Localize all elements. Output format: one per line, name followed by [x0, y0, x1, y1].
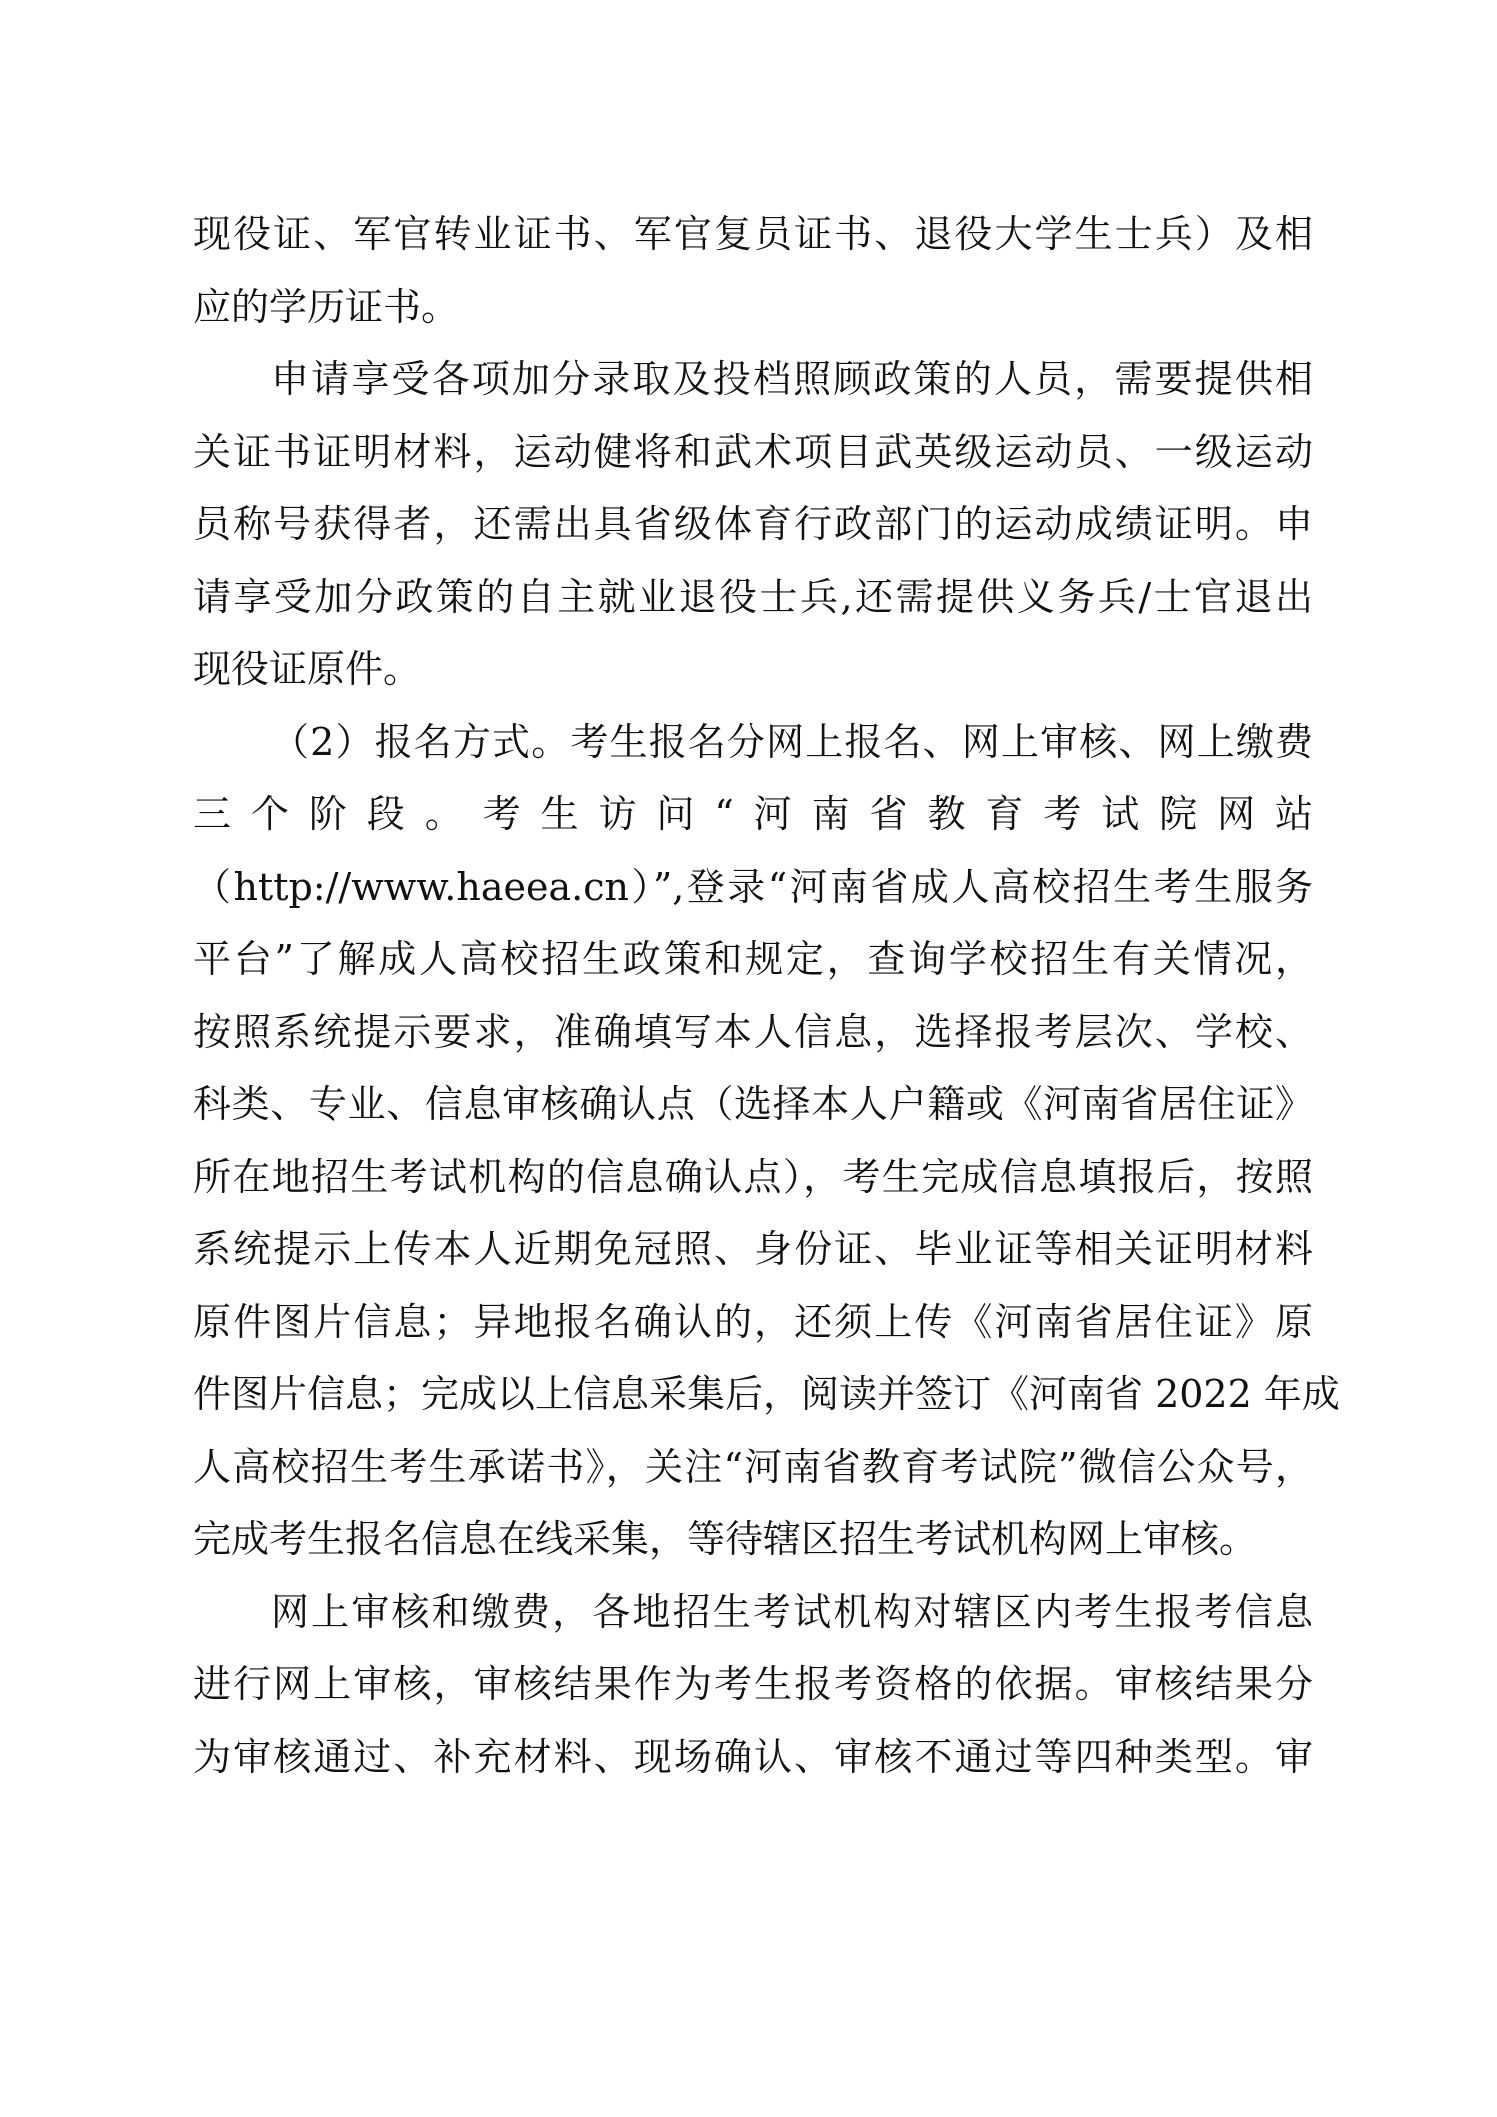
text-line: 应的学历证书。 — [193, 271, 1313, 344]
text-line: 现役证原件。 — [193, 633, 1313, 706]
text-line: 人高校招生考生承诺书》，关注“河南省教育考试院”微信公众号， — [193, 1431, 1313, 1504]
text-line: 按照系统提示要求，准确填写本人信息，选择报考层次、学校、 — [193, 996, 1313, 1069]
text-line: 原件图片信息；异地报名确认的，还须上传《河南省居住证》原 — [193, 1286, 1313, 1359]
text-line: 现役证、军官转业证书、军官复员证书、退役大学生士兵）及相 — [193, 198, 1313, 271]
text-line-with-url: （http://www.haeea.cn）”,登录“河南省成人高校招生考生服务 — [193, 851, 1313, 924]
text-line: 为审核通过、补充材料、现场确认、审核不通过等四种类型。审 — [193, 1721, 1313, 1794]
document-page: 现役证、军官转业证书、军官复员证书、退役大学生士兵）及相 应的学历证书。 申请享… — [193, 198, 1313, 1793]
text-line: 件图片信息；完成以上信息采集后，阅读并签订《河南省 2022 年成 — [193, 1358, 1313, 1431]
paragraph-online-review: 网上审核和缴费，各地招生考试机构对辖区内考生报考信息 进行网上审核，审核结果作为… — [193, 1576, 1313, 1794]
text-line: 三个阶段。考生访问“河南省教育考试院网站 — [193, 778, 1313, 851]
text-line: 申请享受各项加分录取及投档照顾政策的人员，需要提供相 — [193, 343, 1313, 416]
text-line: （2）报名方式。考生报名分网上报名、网上审核、网上缴费 — [193, 706, 1313, 779]
text-line: 平台”了解成人高校招生政策和规定，查询学校招生有关情况， — [193, 923, 1313, 996]
text-line: 关证书证明材料，运动健将和武术项目武英级运动员、一级运动 — [193, 416, 1313, 489]
paragraph-certificates-continued: 现役证、军官转业证书、军官复员证书、退役大学生士兵）及相 应的学历证书。 — [193, 198, 1313, 343]
text-line: 请享受加分政策的自主就业退役士兵,还需提供义务兵/士官退出 — [193, 561, 1313, 634]
text-line: 进行网上审核，审核结果作为考生报考资格的依据。审核结果分 — [193, 1648, 1313, 1721]
text-line: 系统提示上传本人近期免冠照、身份证、毕业证等相关证明材料 — [193, 1213, 1313, 1286]
paragraph-registration-method: （2）报名方式。考生报名分网上报名、网上审核、网上缴费 三个阶段。考生访问“河南… — [193, 706, 1313, 1576]
text-line: 员称号获得者，还需出具省级体育行政部门的运动成绩证明。申 — [193, 488, 1313, 561]
text-line: 网上审核和缴费，各地招生考试机构对辖区内考生报考信息 — [193, 1576, 1313, 1649]
text-line: 完成考生报名信息在线采集，等待辖区招生考试机构网上审核。 — [193, 1503, 1313, 1576]
paragraph-bonus-points: 申请享受各项加分录取及投档照顾政策的人员，需要提供相 关证书证明材料，运动健将和… — [193, 343, 1313, 706]
text-line: 科类、专业、信息审核确认点（选择本人户籍或《河南省居住证》 — [193, 1068, 1313, 1141]
text-line: 所在地招生考试机构的信息确认点），考生完成信息填报后，按照 — [193, 1141, 1313, 1214]
